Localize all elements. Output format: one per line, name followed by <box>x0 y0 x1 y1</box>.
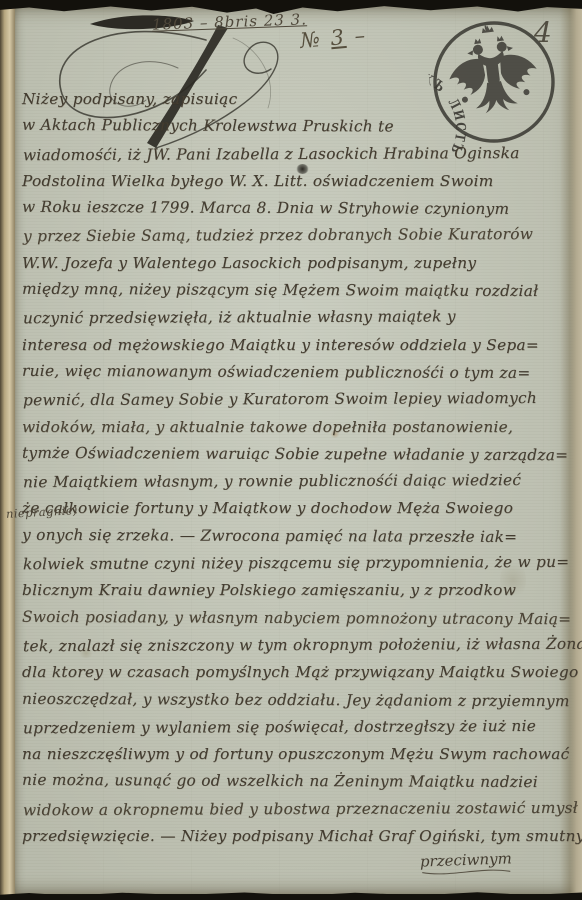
manuscript-line: że całkowicie fortuny y Maiątkow y docho… <box>22 495 570 522</box>
manuscript-line: widoków, miała, y aktualnie takowe dopeł… <box>22 414 570 441</box>
manuscript-line: w Aktach Publicznych Krolewstwa Pruskich… <box>22 112 570 142</box>
manuscript-line: tek, znalazł się zniszczony w tym okropn… <box>23 631 571 661</box>
manuscript-line: widokow a okropnemu bied y ubostwa przez… <box>23 795 571 825</box>
dash-mark: – <box>353 23 368 48</box>
manuscript-line: tymże Oświadczeniem waruiąc Sobie zupełn… <box>22 440 570 470</box>
manuscript-line: Niżey podpisany, zapisuiąc <box>22 86 570 113</box>
manuscript-body: Niżey podpisany, zapisuiącw Aktach Publi… <box>22 86 570 850</box>
binding-edge <box>0 4 15 896</box>
marginal-insertion-note: niepragnie) <box>6 504 78 520</box>
manuscript-line: y onych się zrzeka. — Zwrocona pamięć na… <box>22 522 570 552</box>
manuscript-line: pewnić, dla Samey Sobie y Kuratorom Swoi… <box>23 385 571 415</box>
manuscript-line: między mną, niżey piszącym się Mężem Swo… <box>22 276 570 306</box>
manuscript-line: nie można, usunąć go od wszelkich na Żen… <box>22 767 570 797</box>
manuscript-line: przedsięwzięcie. — Niżey podpisany Micha… <box>22 823 570 850</box>
manuscript-line: ruie, więc mianowanym oświadczeniem publ… <box>22 358 570 388</box>
numero-sign: № <box>299 27 323 53</box>
manuscript-line: Swoich posiadany, y własnym nabyciem pom… <box>22 603 570 633</box>
manuscript-line: W.W. Jozefa y Walentego Lasockich podpis… <box>22 250 570 277</box>
catchword-text: przeciwnym <box>420 849 513 870</box>
catchword: przeciwnym <box>420 849 513 878</box>
manuscript-line: interesa od mężowskiego Maiątku y intere… <box>22 332 570 359</box>
manuscript-line: kolwiek smutne czyni niżey piszącemu się… <box>23 549 571 579</box>
manuscript-line: nie Maiątkiem własnym, y rownie publiczn… <box>23 467 571 497</box>
manuscript-line: w Roku ieszcze 1799. Marca 8. Dnia w Str… <box>22 194 570 224</box>
manuscript-line: Podstolina Wielka byłego W. X. Litt. ośw… <box>22 168 570 195</box>
manuscript-line: dla ktorey w czasach pomyślnych Mąż przy… <box>22 659 570 686</box>
manuscript-line: na nieszczęśliwym y od fortuny opuszczon… <box>22 741 570 768</box>
manuscript-line: blicznym Kraiu dawniey Polskiego zamięsz… <box>22 577 570 604</box>
manuscript-line: nieoszczędzał, y wszystko bez oddziału. … <box>22 685 570 715</box>
manuscript-line: y przez Siebie Samą, tudzież przez dobra… <box>23 221 571 251</box>
manuscript-line: uprzedzeniem y wylaniem się poświęcał, d… <box>23 713 571 743</box>
manuscript-line: uczynić przedsięwzięła, iż aktualnie wła… <box>23 303 571 333</box>
ink-blot <box>296 164 309 174</box>
manuscript-scan: 1803 – 8bris 23 3. № 3 – 4 ЛИСТЪ 1803 ГО… <box>0 0 582 900</box>
document-number: 3 <box>330 25 347 50</box>
folio-page-number: 4 <box>534 18 552 48</box>
